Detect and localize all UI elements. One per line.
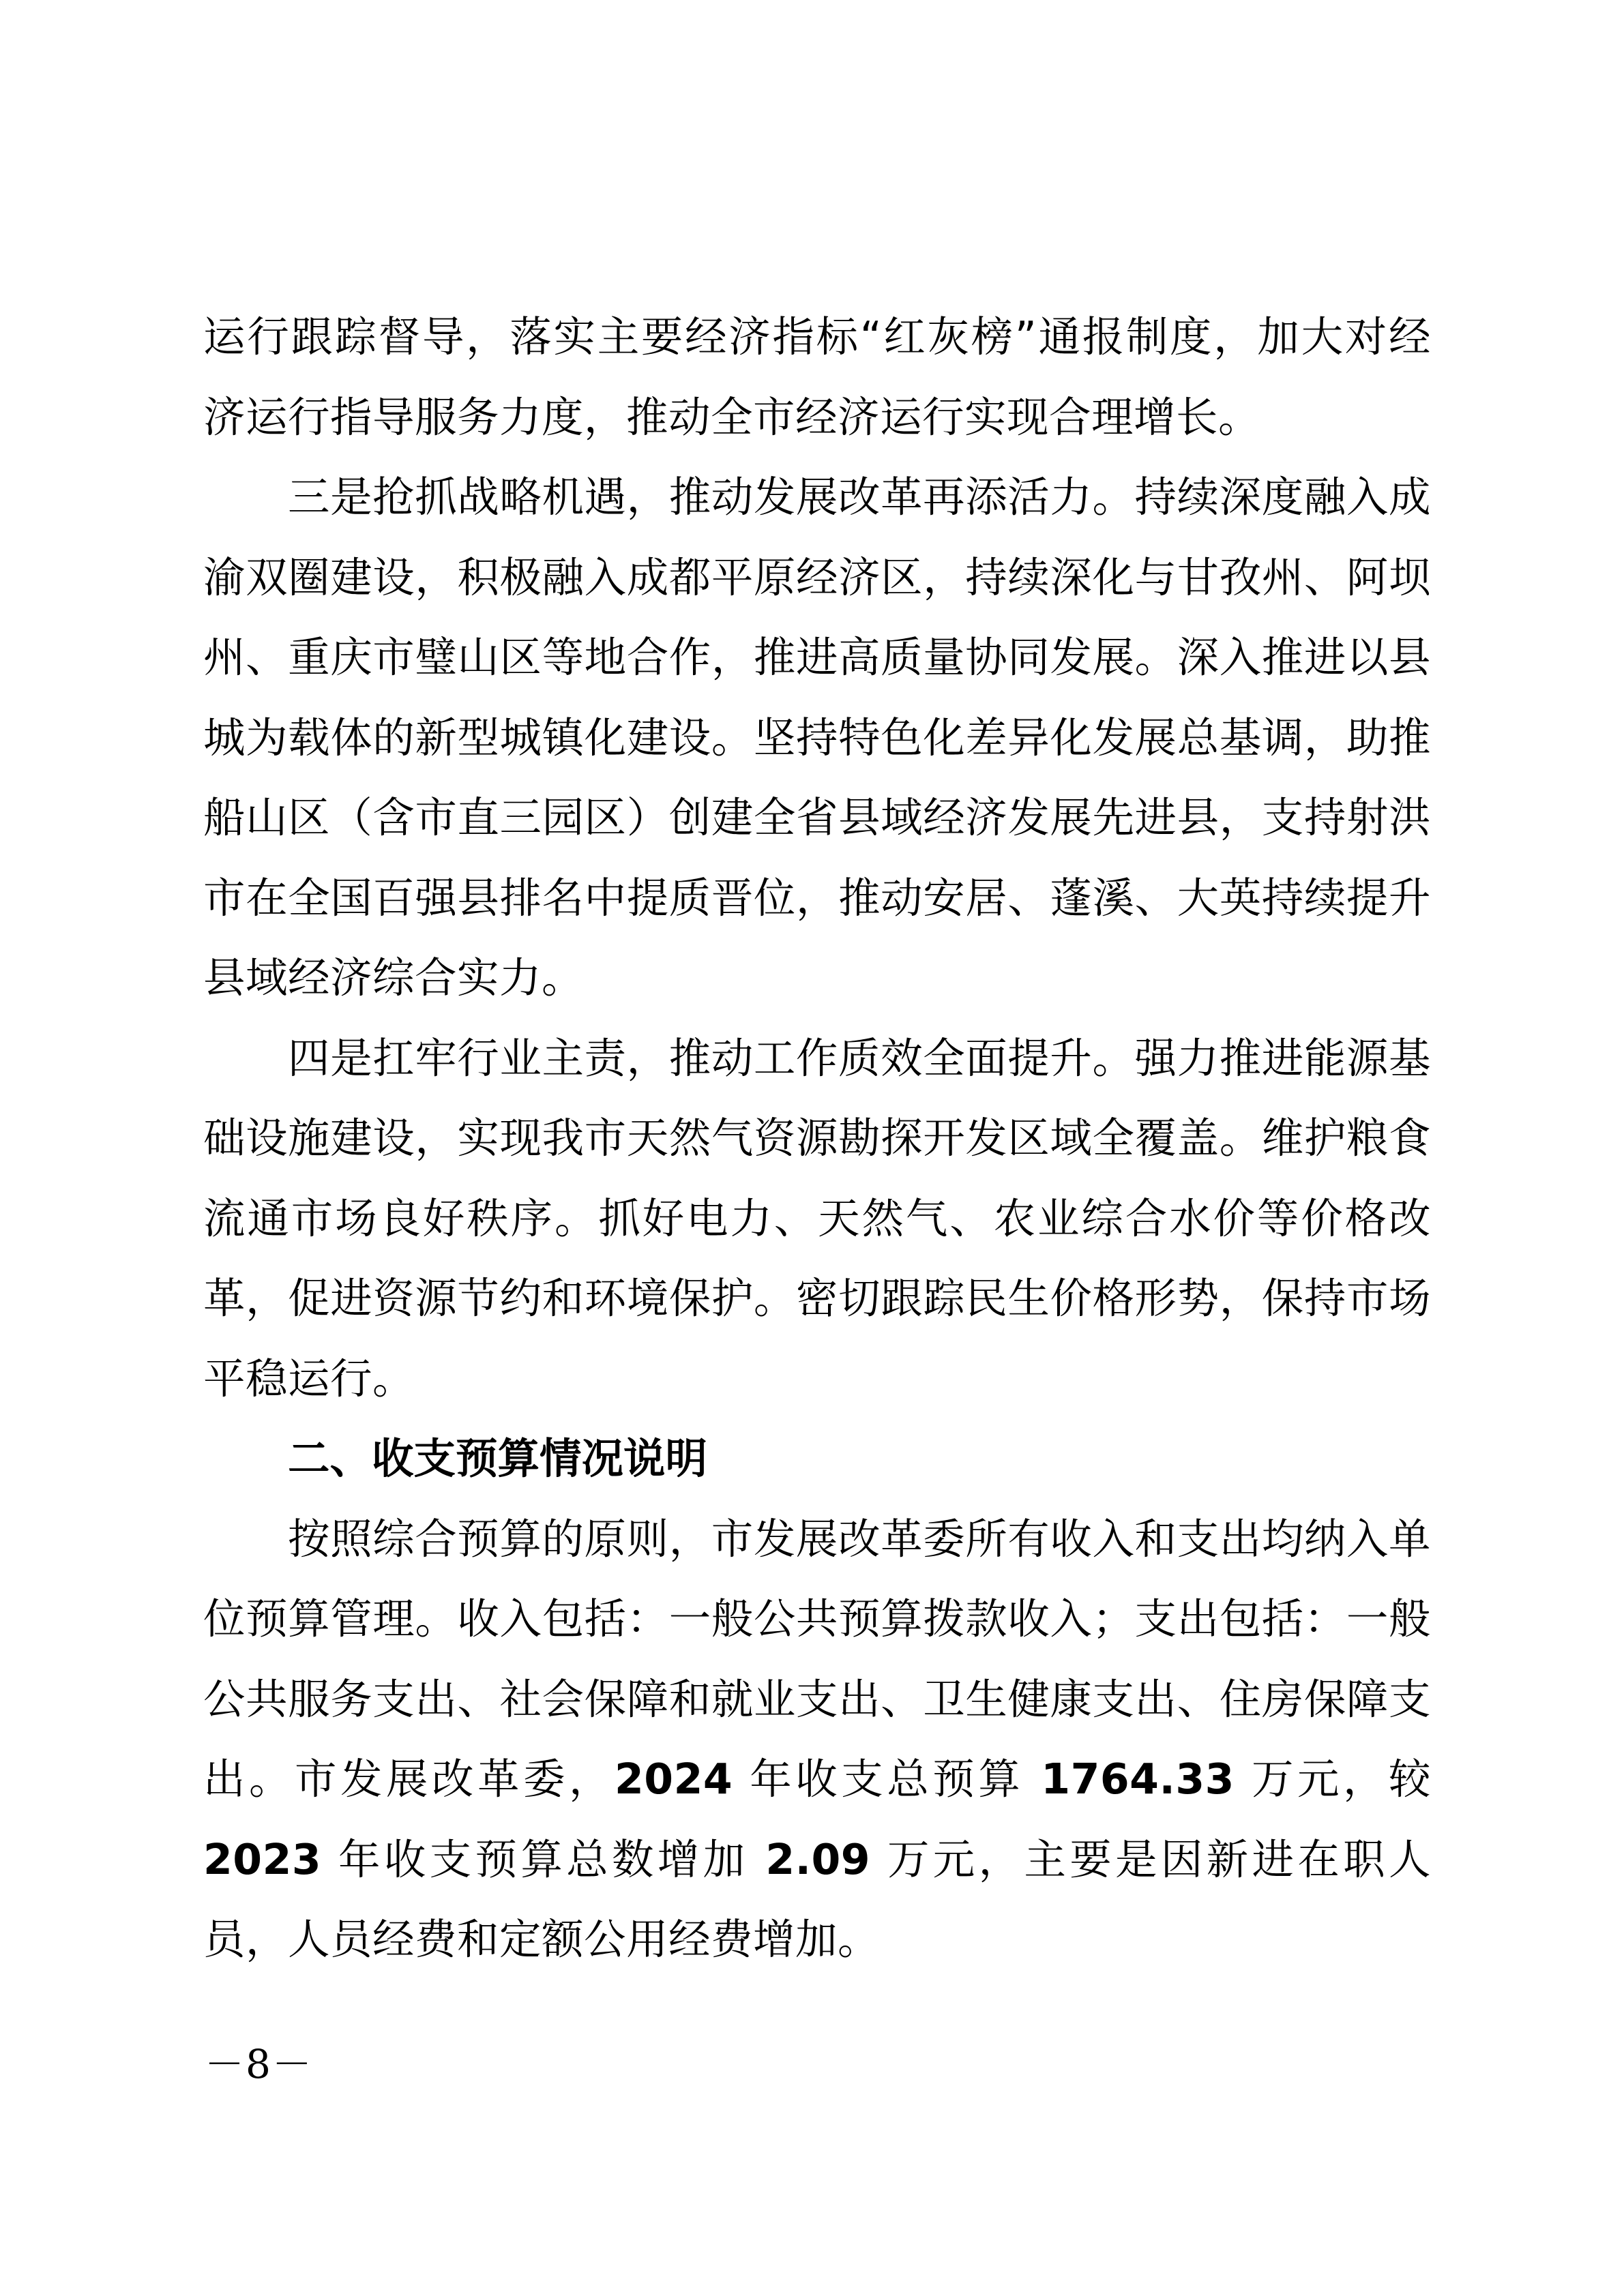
paragraph-continued: 运行跟踪督导，落实主要经济指标“红灰榜”通报制度，加大对经济运行指导服务力度，推… [203,297,1431,458]
budget-increase-value: 2.09 [765,1835,870,1884]
budget-text-2: 年收支总预算 [733,1755,1041,1804]
paragraph-budget-explanation: 按照综合预算的原则，市发展改革委所有收入和支出均纳入单位预算管理。收入包括：一般… [203,1500,1431,1980]
paragraph-point-four: 四是扛牢行业主责，推动工作质效全面提升。强力推进能源基础设施建设，实现我市天然气… [203,1019,1431,1420]
budget-year-2024: 2024 [615,1755,733,1804]
document-page: 运行跟踪督导，落实主要经济指标“红灰榜”通报制度，加大对经济运行指导服务力度，推… [203,297,1431,1980]
budget-text-3: 万元，较 [1235,1755,1431,1804]
page-number: －8－ [205,2032,313,2089]
section-heading: 二、收支预算情况说明 [203,1419,1431,1500]
paragraph-point-three: 三是抢抓战略机遇，推动发展改革再添活力。持续深度融入成渝双圈建设，积极融入成都平… [203,458,1431,1019]
total-budget-value: 1764.33 [1041,1755,1235,1804]
budget-year-2023: 2023 [203,1835,321,1884]
budget-text-4: 年收支预算总数增加 [321,1835,765,1884]
